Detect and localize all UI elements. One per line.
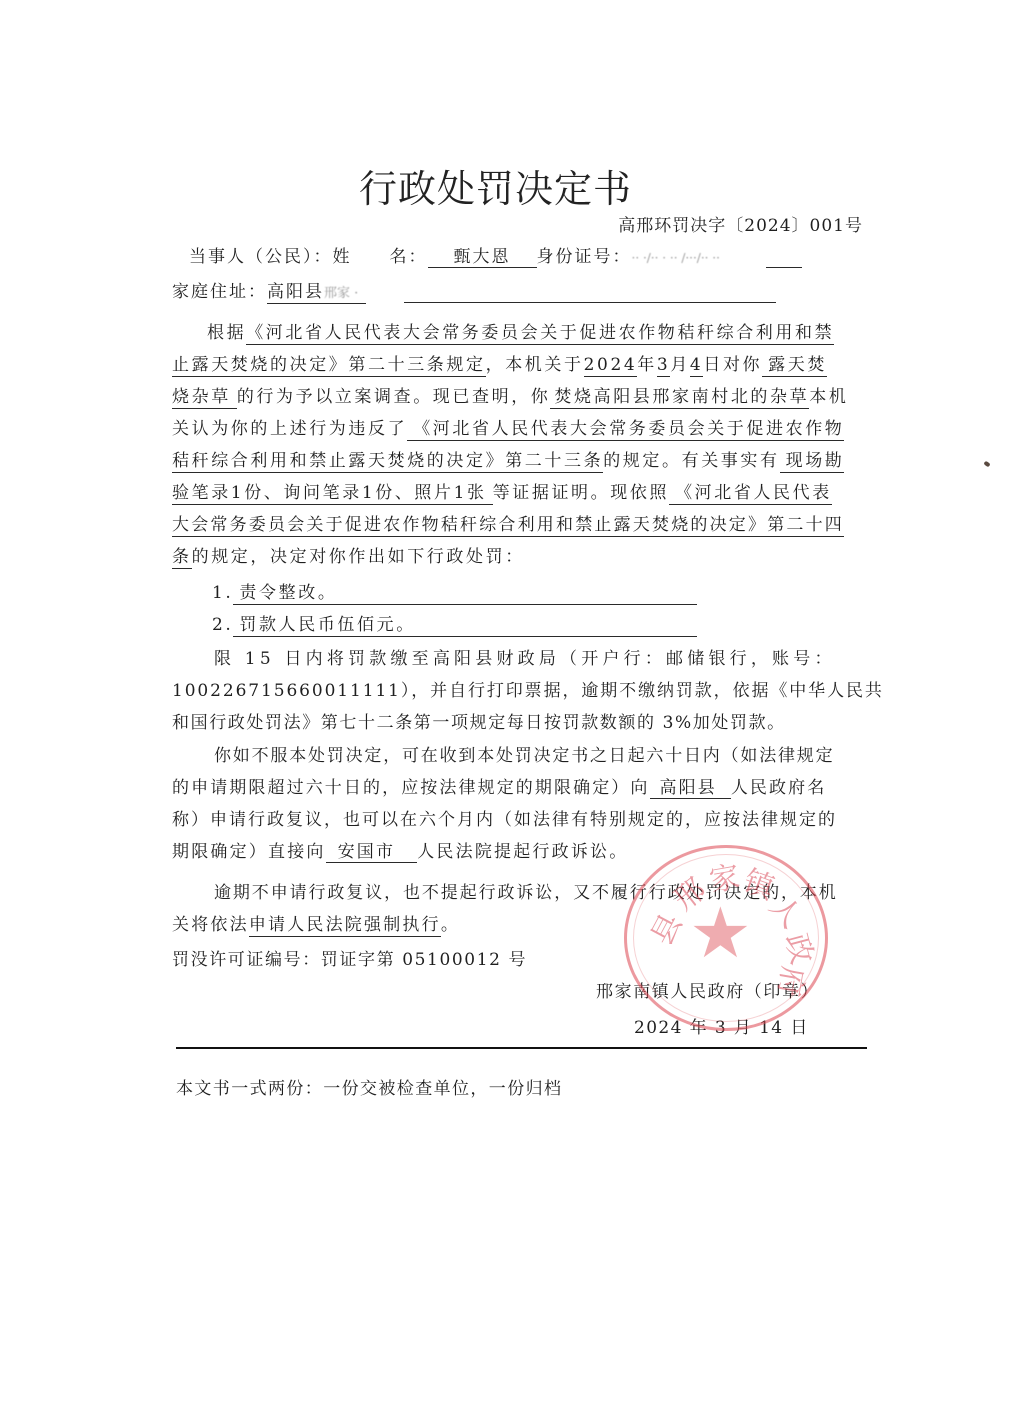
appeal-line1: 你如不服本处罚决定，可在收到本处罚决定书之日起六十日内（如法律规定 [214, 741, 834, 766]
payment-line1: 限 15 日内将罚款缴至高阳县财政局（开户行：邮储银行，账号： [214, 644, 836, 669]
text: 的申请期限超过六十日的，应按法律规定的期限确定）向 [172, 778, 650, 798]
id-label: 身份证号： [537, 247, 632, 267]
penalty-item-1: 1.责令整改。 [212, 578, 697, 605]
enforce-line2: 关将依法申请人民法院强制执行。 [172, 910, 460, 935]
address-fill-line [404, 282, 776, 303]
enforce-line1: 逾期不申请行政复议，也不提起行政诉讼，又不履行行政处罚决定的，本机 [214, 878, 838, 903]
seal-char: 政 [777, 928, 827, 968]
para1-line4: 关认为你的上述行为违反了《河北省人民代表大会常务委员会关于促进农作物 [172, 414, 844, 439]
text: 。 [441, 915, 460, 935]
court-city: 安国市 [326, 842, 418, 863]
legal-basis-a: 《河北省人民代表 [669, 483, 832, 505]
appeal-line4: 期限确定）直接向安国市人民法院提起行政诉讼。 [172, 837, 628, 862]
legal-basis-c: 条 [172, 547, 192, 569]
penalty-item-2: 2.罚款人民币伍佰元。 [212, 610, 697, 637]
text: ，本机关于 [486, 355, 584, 375]
text: 的规定。有关事实有 [603, 451, 779, 471]
legal-basis-b: 大会常务委员会关于促进农作物秸秆综合利用和禁止露天焚烧的决定》第二十四 [172, 515, 844, 537]
text: 日对你 [703, 355, 762, 375]
para1-line5: 秸秆综合利用和禁止露天焚烧的决定》第二十三条的规定。有关事实有现场勘 [172, 446, 844, 471]
issuer-name: 邢家南镇人民政府（印章） [596, 977, 819, 1002]
id-fill-line [766, 247, 802, 268]
seal-char: 县 [638, 904, 691, 951]
evidence-b: 验笔录1份、询问笔录1份、照片1张 [172, 483, 493, 505]
text: 本机 [809, 387, 848, 407]
finding: 焚烧高阳县邢家南村北的杂草 [550, 387, 809, 409]
para1-line8: 条的规定，决定对你作出如下行政处罚： [172, 542, 525, 567]
penalty-number: 1. [212, 583, 233, 603]
address-line: 家庭住址：高阳县邢家 · [172, 277, 776, 303]
violated-regulation-a: 《河北省人民代表大会常务委员会关于促进农作物 [407, 419, 844, 441]
payment-line2: 100226715660011111），并自行打印票据，逾期不缴纳罚款，依据《中… [172, 676, 884, 701]
para1-line3: 烧杂草的行为予以立案调查。现已查明，你焚烧高阳县邢家南村北的杂草本机 [172, 382, 848, 407]
address-value: 高阳县邢家 · [267, 282, 366, 304]
party-name: 甄大恩 [428, 247, 537, 268]
para1-line1: 根据《河北省人民代表大会常务委员会关于促进农作物秸秆综合利用和禁 [207, 318, 834, 343]
regulation-ref: 《河北省人民代表大会常务委员会关于促进农作物秸秆综合利用和禁 [246, 323, 834, 345]
violated-regulation-b: 秸秆综合利用和禁止露天焚烧的决定》第二十三条 [172, 451, 603, 473]
id-value-redacted: ·· ·/·· · ·· /···/·· ·· [632, 251, 762, 265]
official-seal: ★ 县 邢 家 镇 人 政 府 [624, 845, 828, 1031]
party-label: 当事人（公民）：姓 名： [189, 247, 428, 267]
review-government: 高阳县 [650, 778, 731, 799]
party-line: 当事人（公民）：姓 名：甄大恩身份证号：·· ·/·· · ·· /···/··… [189, 242, 802, 268]
text: 期限确定）直接向 [172, 842, 326, 862]
enforcement-action: 申请人民法院强制执行 [249, 915, 441, 937]
text: 等证据证明。现依照 [493, 483, 669, 503]
payment-line3: 和国行政处罚法》第七十二条第一项规定每日按罚款数额的 3%加处罚款。 [172, 708, 786, 733]
license-number: 罚没许可证编号：罚证字第 05100012 号 [172, 945, 527, 970]
text: 根据 [207, 323, 246, 343]
offense-act-b: 烧杂草 [172, 387, 237, 409]
case-day: 4 [690, 355, 703, 377]
penalty-text: 责令整改。 [233, 578, 697, 605]
document-title: 行政处罚决定书 [0, 158, 1021, 213]
penalty-number: 2. [212, 615, 233, 635]
seal-star-icon: ★ [689, 898, 752, 968]
text: 人民法院提起行政诉讼。 [417, 842, 628, 862]
text: 关认为你的上述行为违反了 [172, 419, 407, 439]
appeal-line2: 的申请期限超过六十日的，应按法律规定的期限确定）向高阳县人民政府名 [172, 773, 826, 798]
case-month: 3 [657, 355, 670, 377]
text: 的行为予以立案调查。现已查明，你 [237, 387, 551, 407]
text: 关将依法 [172, 915, 249, 935]
scan-speck [983, 461, 990, 468]
issue-date: 2024 年 3 月 14 日 [634, 1013, 809, 1038]
penalty-text: 罚款人民币伍佰元。 [233, 610, 697, 637]
evidence-a: 现场勘 [780, 451, 845, 473]
footer-note: 本文书一式两份：一份交被检查单位，一份归档 [176, 1074, 562, 1099]
para1-line2: 止露天焚烧的决定》第二十三条规定，本机关于2024年3月4日对你露天焚 [172, 350, 827, 375]
para1-line7: 大会常务委员会关于促进农作物秸秆综合利用和禁止露天焚烧的决定》第二十四 [172, 510, 844, 535]
text: 月 [670, 355, 690, 375]
case-year: 2024 [584, 355, 638, 377]
text: 人民政府名 [731, 778, 827, 798]
footer-divider [176, 1047, 867, 1049]
regulation-article: 止露天焚烧的决定》第二十三条规定 [172, 355, 486, 377]
text: 年 [637, 355, 657, 375]
offense-act-a: 露天焚 [762, 355, 827, 377]
para1-line6: 验笔录1份、询问笔录1份、照片1张等证据证明。现依照《河北省人民代表 [172, 478, 832, 503]
appeal-line3: 称）申请行政复议，也可以在六个月内（如法律有特别规定的，应按法律规定的 [172, 805, 837, 830]
document-number: 高邢环罚决字〔2024〕001号 [618, 211, 863, 236]
text: 的规定，决定对你作出如下行政处罚： [192, 547, 525, 567]
address-label: 家庭住址： [172, 282, 267, 302]
